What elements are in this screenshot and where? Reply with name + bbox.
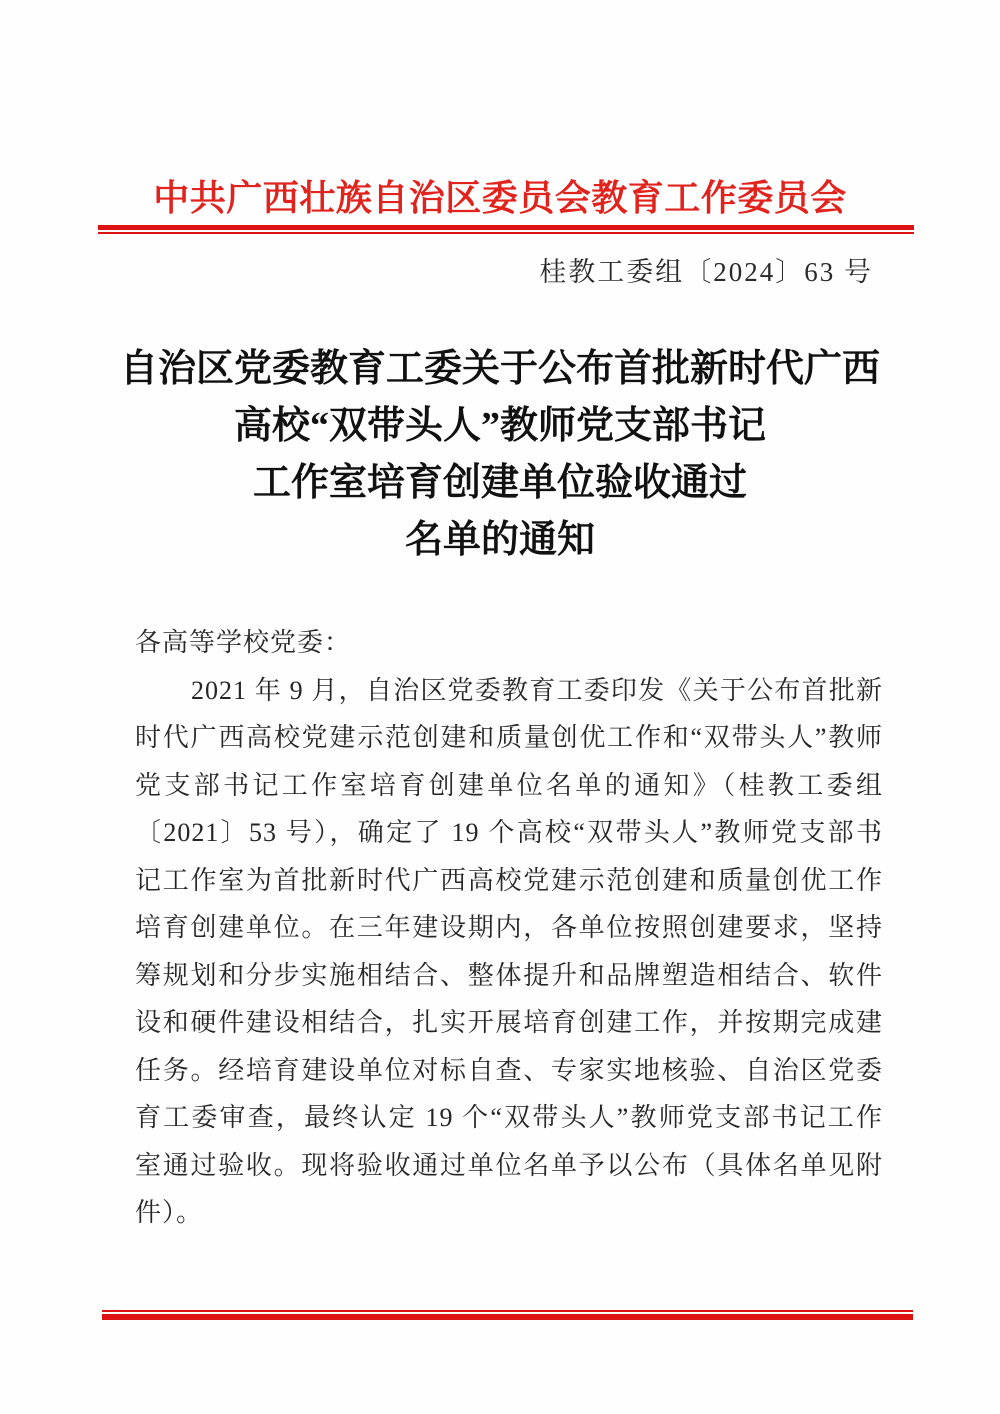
footer-divider-rule <box>102 1310 913 1320</box>
document-reference-number: 桂教工委组〔2024〕63 号 <box>539 250 873 289</box>
paragraph-line: 培育创建单位。在三年建设期内，各单位按照创建要求，坚持统 <box>135 904 883 952</box>
paragraph-line: 筹规划和分步实施相结合、整体提升和品牌塑造相结合、软件建 <box>135 952 883 1000</box>
paragraph-line: 2021 年 9 月，自治区党委教育工委印发《关于公布首批新 <box>135 667 883 715</box>
paragraph-line: 件）。 <box>135 1189 883 1237</box>
paragraph-line: 记工作室为首批新时代广西高校党建示范创建和质量创优工作 <box>135 857 883 905</box>
document-title: 自治区党委教育工委关于公布首批新时代广西 高校“双带头人”教师党支部书记 工作室… <box>0 341 1000 569</box>
document-title-line-4: 名单的通知 <box>0 512 1000 569</box>
letterhead-org-title: 中共广西壮族自治区委员会教育工作委员会 <box>0 170 1000 221</box>
paragraph-line: 〔2021〕53 号），确定了 19 个高校“双带头人”教师党支部书 <box>135 809 883 857</box>
official-document-page: 中共广西壮族自治区委员会教育工作委员会 桂教工委组〔2024〕63 号 自治区党… <box>0 0 1000 1414</box>
document-title-line-1: 自治区党委教育工委关于公布首批新时代广西 <box>0 341 1000 398</box>
document-body: 各高等学校党委： 2021 年 9 月，自治区党委教育工委印发《关于公布首批新 … <box>135 619 883 1237</box>
paragraph-line: 室通过验收。现将验收通过单位名单予以公布（具体名单见附 <box>135 1142 883 1190</box>
rule-thick-line <box>102 1314 913 1320</box>
paragraph-line: 任务。经培育建设单位对标自查、专家实地核验、自治区党委教 <box>135 1047 883 1095</box>
document-title-line-3: 工作室培育创建单位验收通过 <box>0 455 1000 512</box>
document-title-line-2: 高校“双带头人”教师党支部书记 <box>0 398 1000 455</box>
paragraph-line: 育工委审查，最终认定 19 个“双带头人”教师党支部书记工作 <box>135 1094 883 1142</box>
rule-thin-line <box>98 232 914 234</box>
paragraph-line: 时代广西高校党建示范创建和质量创优工作和“双带头人”教师 <box>135 714 883 762</box>
paragraph-line: 设和硬件建设相结合，扎实开展培育创建工作，并按期完成建设 <box>135 999 883 1047</box>
salutation-line: 各高等学校党委： <box>135 619 883 667</box>
paragraph-line: 党支部书记工作室培育创建单位名单的通知》（桂教工委组 <box>135 762 883 810</box>
letterhead-divider-rule <box>98 225 914 234</box>
